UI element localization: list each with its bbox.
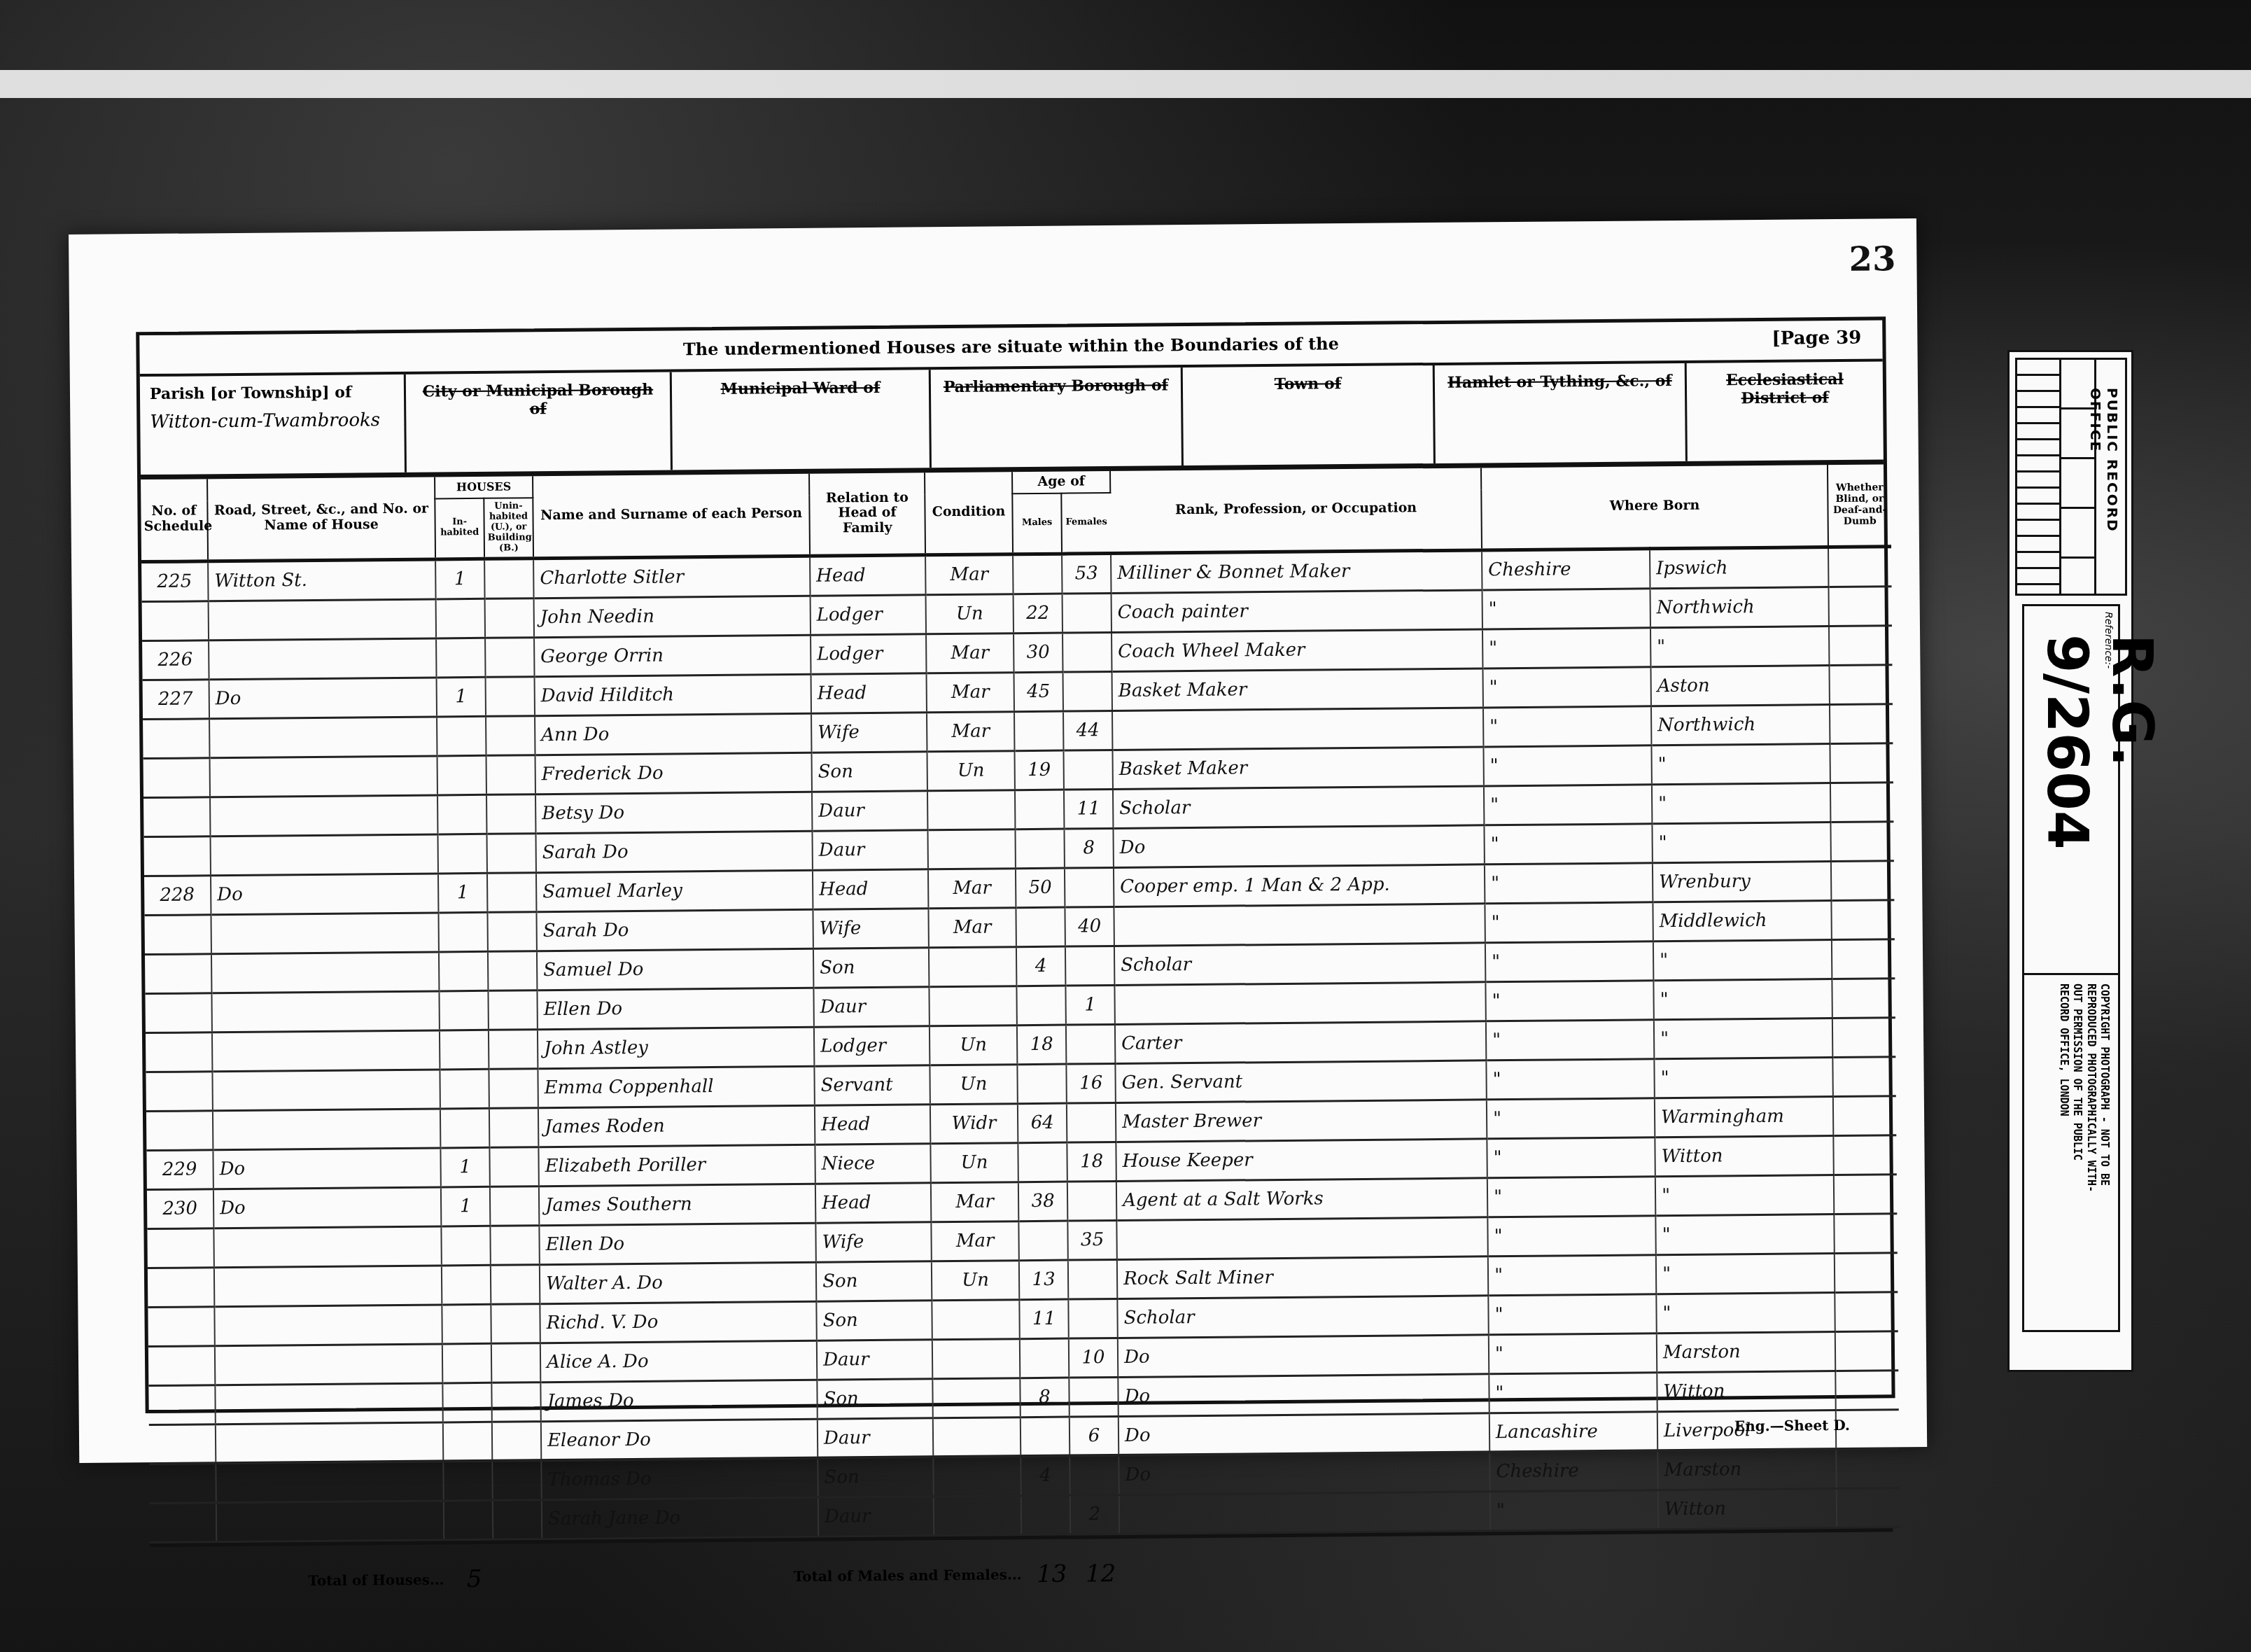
- male-age: 64: [1018, 1103, 1067, 1143]
- birth-place: ": [1655, 1175, 1834, 1215]
- male-age: 30: [1014, 633, 1063, 673]
- birth-county: ": [1485, 980, 1653, 1021]
- inhabited-count: [437, 716, 486, 756]
- schedule-number: [148, 1267, 214, 1307]
- relation: Daur: [812, 829, 927, 869]
- inhabited-count: [444, 1500, 493, 1540]
- inhabited-count: [437, 794, 486, 834]
- birth-county: ": [1487, 1137, 1655, 1177]
- condition: Mar: [926, 633, 1014, 673]
- occupation: Do: [1118, 1334, 1489, 1377]
- inhabited-count: [440, 1030, 489, 1070]
- road-name: [212, 1069, 440, 1110]
- boundary-parliamentary: Parliamentary Borough of: [931, 367, 1184, 468]
- male-age: [1016, 907, 1065, 947]
- birth-place: Middlewich: [1653, 900, 1831, 941]
- uninhabited-count: [493, 1499, 542, 1539]
- total-females-value: 12: [1077, 1559, 1125, 1588]
- uninhabited-count: [486, 715, 535, 755]
- person-name: Ann Do: [535, 713, 811, 755]
- birth-place: Marston: [1657, 1449, 1836, 1490]
- occupation: [1112, 707, 1483, 750]
- birth-county: Lancashire: [1489, 1411, 1657, 1452]
- female-age: [1065, 867, 1114, 907]
- film-edge: [0, 70, 2251, 98]
- birth-county: ": [1482, 666, 1650, 707]
- road-name: [210, 794, 437, 836]
- birth-county: ": [1484, 784, 1652, 825]
- male-age: 22: [1014, 594, 1063, 633]
- birth-place: Northwich: [1651, 704, 1830, 745]
- female-age: [1069, 1377, 1119, 1417]
- header-condition: Condition: [925, 472, 1013, 554]
- uninhabited-count: [491, 1382, 540, 1422]
- birth-county: ": [1489, 1333, 1657, 1373]
- schedule-number: [148, 1385, 215, 1424]
- schedule-number: [150, 1502, 216, 1542]
- person-name: Samuel Marley: [536, 870, 813, 911]
- relation: Head: [810, 554, 925, 595]
- female-age: [1067, 1102, 1116, 1142]
- relation: Head: [815, 1104, 930, 1144]
- blind-deaf: [1831, 899, 1894, 939]
- person-name: Thomas Do: [541, 1458, 818, 1499]
- schedule-number: [146, 1032, 212, 1072]
- inhabited-count: [437, 755, 486, 795]
- female-age: [1063, 671, 1113, 711]
- person-name: Frederick Do: [535, 752, 812, 794]
- relation: Servant: [814, 1065, 930, 1105]
- blind-deaf: [1830, 782, 1893, 822]
- schedule-number: [147, 1228, 213, 1268]
- schedule-number: [146, 1110, 213, 1150]
- inhabited-count: [442, 1265, 491, 1305]
- boundaries-row: Parish [or Township] of Witton-cum-Twamb…: [140, 361, 1884, 479]
- relation: Daur: [818, 1417, 933, 1457]
- blind-deaf: [1830, 821, 1893, 861]
- person-name: Sarah Jane Do: [542, 1497, 818, 1539]
- header-occupation: Rank, Profession, or Occupation: [1110, 468, 1482, 553]
- inhabited-count: [436, 638, 485, 678]
- condition: [934, 1495, 1021, 1535]
- female-age: 8: [1064, 828, 1114, 868]
- condition: Mar: [927, 672, 1014, 712]
- birth-county: ": [1483, 706, 1651, 746]
- schedule-number: [142, 601, 209, 640]
- occupation: Do: [1118, 1373, 1489, 1416]
- relation: Daur: [813, 986, 929, 1026]
- birth-place: Aston: [1650, 665, 1829, 706]
- occupation: House Keeper: [1116, 1138, 1487, 1181]
- female-age: 18: [1067, 1142, 1116, 1182]
- male-age: [1016, 986, 1065, 1025]
- female-age: [1065, 946, 1115, 986]
- person-name: John Astley: [538, 1027, 814, 1068]
- male-age: 50: [1016, 868, 1065, 908]
- male-age: 4: [1016, 946, 1065, 986]
- total-persons-label: Total of Males and Females...: [499, 1566, 1028, 1588]
- condition: Widr: [930, 1103, 1018, 1143]
- relation: Daur: [818, 1496, 934, 1536]
- road-name: [210, 755, 437, 797]
- birth-county: ": [1484, 823, 1652, 864]
- birth-place: ": [1655, 1214, 1834, 1254]
- boundary-parish: Parish [or Township] of Witton-cum-Twamb…: [140, 374, 407, 475]
- road-name: [216, 1422, 443, 1463]
- condition: Mar: [928, 868, 1016, 908]
- blind-deaf: [1833, 1095, 1896, 1135]
- uninhabited-count: [490, 1225, 539, 1265]
- schedule-number: [149, 1463, 216, 1503]
- relation: Lodger: [814, 1025, 930, 1065]
- male-age: 18: [1017, 1025, 1066, 1065]
- occupation: Gen. Servant: [1115, 1060, 1486, 1102]
- person-name: James Southern: [539, 1184, 815, 1225]
- road-name: Do: [213, 1186, 441, 1228]
- birth-county: ": [1487, 1176, 1655, 1217]
- uninhabited-count: [488, 990, 537, 1030]
- occupation: Milliner & Bonnet Maker: [1111, 549, 1482, 593]
- blind-deaf: [1835, 1252, 1898, 1292]
- birth-place: ": [1651, 743, 1830, 784]
- birth-county: ": [1482, 588, 1650, 629]
- female-age: 11: [1064, 789, 1114, 829]
- birth-county: ": [1485, 862, 1653, 903]
- birth-place: ": [1652, 822, 1830, 862]
- male-age: [1018, 1142, 1067, 1182]
- female-age: [1063, 750, 1113, 790]
- occupation: Do: [1119, 1452, 1489, 1494]
- birth-county: ": [1488, 1294, 1656, 1334]
- blind-deaf: [1830, 743, 1893, 783]
- blind-deaf: [1832, 978, 1895, 1018]
- inhabited-count: [442, 1343, 491, 1383]
- birth-place: ": [1656, 1292, 1835, 1333]
- total-houses-label: Total of Houses...: [150, 1571, 450, 1590]
- header-blind: Whether Blind, or Deaf-and-Dumb: [1828, 464, 1891, 547]
- birth-county: ": [1486, 1058, 1654, 1099]
- relation: Lodger: [811, 633, 926, 673]
- relation: Wife: [811, 712, 927, 752]
- inhabited-count: [439, 951, 488, 991]
- female-age: [1068, 1298, 1118, 1338]
- uninhabited-count: [486, 794, 535, 834]
- road-name: [209, 716, 437, 757]
- road-name: [209, 638, 436, 679]
- road-name: Do: [213, 1147, 440, 1189]
- boundary-ward: Municipal Ward of: [672, 370, 932, 470]
- occupation: Agent at a Salt Works: [1116, 1177, 1487, 1220]
- male-age: 38: [1018, 1182, 1067, 1221]
- inhabited-count: [438, 912, 487, 952]
- occupation: Do: [1119, 1413, 1489, 1455]
- uninhabited-count: [492, 1460, 541, 1500]
- birth-place: Witton: [1658, 1488, 1837, 1529]
- relation: Son: [817, 1378, 932, 1418]
- uninhabited-count: [490, 1186, 539, 1226]
- occupation: [1116, 1217, 1487, 1259]
- boundary-label: Municipal Ward of: [682, 378, 919, 398]
- birth-place: ": [1653, 979, 1832, 1019]
- road-name: [209, 598, 436, 640]
- occupation: Cooper emp. 1 Man & 2 App.: [1114, 864, 1485, 906]
- road-name: [215, 1382, 442, 1424]
- male-age: 4: [1021, 1456, 1070, 1496]
- condition: [927, 790, 1015, 829]
- uninhabited-count: [489, 1029, 538, 1069]
- reference-box: Reference:- R.G. 9/2604: [2022, 604, 2120, 975]
- blind-deaf: [1834, 1213, 1897, 1253]
- uninhabited-count: [491, 1303, 540, 1343]
- header-name: Name and Surname of each Person: [533, 474, 810, 558]
- occupation: Basket Maker: [1112, 668, 1483, 710]
- birth-place: Witton: [1655, 1135, 1833, 1176]
- male-age: 8: [1020, 1378, 1069, 1417]
- schedule-number: [149, 1424, 216, 1464]
- uninhabited-count: [486, 755, 535, 794]
- condition: [933, 1417, 1021, 1457]
- relation: Lodger: [811, 594, 926, 634]
- inhabited-count: 1: [438, 873, 487, 913]
- male-age: [1017, 1064, 1066, 1104]
- birth-place: ": [1653, 939, 1832, 980]
- relation: Son: [811, 751, 927, 791]
- uninhabited-count: [491, 1343, 540, 1382]
- person-name: John Needin: [534, 596, 811, 637]
- road-name: [211, 912, 438, 953]
- person-name: Sarah Do: [535, 831, 812, 872]
- condition: Mar: [928, 907, 1016, 947]
- person-name: James Do: [540, 1380, 817, 1421]
- condition: Un: [927, 750, 1014, 790]
- person-name: Alice A. Do: [540, 1340, 817, 1382]
- condition: [929, 946, 1016, 986]
- road-name: [212, 1030, 440, 1071]
- inhabited-count: 1: [440, 1147, 489, 1187]
- schedule-number: [143, 718, 209, 758]
- person-name: George Orrin: [534, 635, 811, 676]
- birth-county: ": [1487, 1215, 1655, 1256]
- inhabited-count: [442, 1304, 491, 1344]
- road-name: [215, 1343, 442, 1385]
- male-age: [1015, 790, 1064, 829]
- person-name: Betsy Do: [535, 792, 812, 833]
- birth-county: ": [1486, 1019, 1654, 1060]
- male-age: [1018, 1221, 1067, 1261]
- ruler-label: PUBLIC RECORD OFFICE: [2087, 388, 2121, 594]
- header-females: Females: [1061, 493, 1111, 554]
- boundary-town: Town of: [1183, 365, 1436, 465]
- uninhabited-count: [486, 833, 535, 873]
- occupation: [1114, 981, 1485, 1024]
- folio-number: 23: [1849, 239, 1895, 279]
- person-name: Samuel Do: [537, 948, 813, 990]
- female-age: 16: [1066, 1063, 1116, 1103]
- male-age: [1013, 554, 1062, 594]
- inhabited-count: [442, 1382, 491, 1422]
- birth-place: Warmingham: [1655, 1096, 1833, 1137]
- header-age: Age of: [1012, 471, 1110, 493]
- total-males-value: 13: [1028, 1560, 1077, 1588]
- blind-deaf: [1835, 1331, 1898, 1371]
- boundary-label: Parish [or Township] of: [150, 383, 394, 403]
- female-age: 10: [1069, 1338, 1119, 1378]
- schedule-number: 229: [146, 1149, 213, 1189]
- blind-deaf: [1829, 664, 1892, 704]
- occupation: Basket Maker: [1112, 746, 1483, 789]
- blind-deaf: [1829, 625, 1892, 665]
- schedule-number: 228: [144, 875, 211, 915]
- copyright-box: COPYRIGHT PHOTOGRAPH - NOT TO BE REPRODU…: [2022, 975, 2120, 1332]
- blind-deaf: [1835, 1291, 1898, 1331]
- relation: Son: [816, 1300, 932, 1340]
- header-males: Males: [1012, 493, 1062, 554]
- person-name: Richd. V. Do: [540, 1301, 816, 1343]
- census-sheet: The undermentioned Houses are situate wi…: [136, 316, 1895, 1413]
- schedule-number: [148, 1306, 214, 1346]
- blind-deaf: [1834, 1174, 1897, 1214]
- person-name: Charlotte Sitler: [533, 556, 810, 598]
- relation: Son: [813, 947, 929, 987]
- boundary-label: Ecclesiastical District of: [1697, 370, 1873, 408]
- occupation: Coach Wheel Maker: [1112, 629, 1482, 671]
- schedule-number: 230: [147, 1189, 213, 1228]
- birth-place: ": [1650, 626, 1829, 666]
- male-age: [1020, 1338, 1069, 1378]
- female-age: 35: [1067, 1220, 1117, 1260]
- page-label: [Page 39: [1772, 328, 1861, 349]
- census-body: 225Witton St.1Charlotte SitlerHeadMar53M…: [141, 546, 1900, 1542]
- blind-deaf: [1835, 1370, 1898, 1410]
- uninhabited-count: [492, 1421, 541, 1461]
- birth-county: ": [1487, 1098, 1655, 1138]
- schedule-number: [143, 797, 210, 836]
- road-name: [214, 1304, 442, 1345]
- blind-deaf: [1832, 1056, 1895, 1096]
- male-age: [1014, 711, 1063, 751]
- birth-place: ": [1654, 1057, 1832, 1098]
- uninhabited-count: [487, 911, 536, 951]
- person-name: David Hilditch: [535, 674, 811, 715]
- header-relation: Relation to Head of Family: [809, 472, 925, 555]
- birth-county: Cheshire: [1489, 1450, 1657, 1491]
- reference-strip: PUBLIC RECORD OFFICE Reference:- R.G. 9/…: [2007, 350, 2133, 1372]
- birth-county: ": [1483, 745, 1651, 785]
- uninhabited-count: [488, 951, 537, 990]
- female-age: 2: [1070, 1494, 1120, 1534]
- occupation: Do: [1113, 825, 1484, 867]
- birth-place: ": [1652, 783, 1830, 823]
- blind-deaf: [1831, 860, 1894, 900]
- relation: Wife: [813, 908, 928, 948]
- female-age: 6: [1070, 1416, 1119, 1456]
- female-age: [1063, 632, 1112, 672]
- birth-place: ": [1656, 1253, 1835, 1294]
- female-age: [1063, 593, 1112, 633]
- census-table: No. of Schedule Road, Street, &c., and N…: [141, 464, 1900, 1543]
- male-age: 19: [1014, 750, 1063, 790]
- copyright-notice: COPYRIGHT PHOTOGRAPH - NOT TO BE REPRODU…: [2056, 983, 2111, 1192]
- female-age: [1067, 1181, 1117, 1221]
- birth-place: Witton: [1657, 1371, 1835, 1411]
- relation: Niece: [815, 1143, 930, 1183]
- occupation: [1114, 903, 1485, 946]
- birth-place: Marston: [1657, 1331, 1835, 1372]
- birth-place: Northwich: [1650, 587, 1829, 627]
- female-age: [1068, 1259, 1118, 1299]
- female-age: 1: [1065, 985, 1115, 1025]
- schedule-number: 226: [142, 640, 209, 680]
- birth-county: Cheshire: [1482, 548, 1650, 589]
- person-name: Emma Coppenhall: [538, 1066, 814, 1107]
- inhabited-count: [441, 1226, 490, 1266]
- female-age: 53: [1062, 553, 1112, 594]
- person-name: Walter A. Do: [540, 1262, 816, 1303]
- inhabited-count: [436, 598, 485, 638]
- header-uninhabited: Unin-habited (U.), or Building (B.): [484, 498, 533, 559]
- uninhabited-count: [484, 558, 533, 598]
- road-name: Do: [209, 677, 437, 718]
- male-age: 13: [1019, 1260, 1068, 1300]
- female-age: 40: [1065, 906, 1114, 946]
- birth-county: ": [1488, 1254, 1656, 1295]
- boundary-value: Witton-cum-Twambrooks: [150, 409, 394, 433]
- banner-title: The undermentioned Houses are situate wi…: [139, 328, 1882, 364]
- uninhabited-count: [489, 1068, 538, 1108]
- uninhabited-count: [485, 637, 534, 677]
- relation: Son: [818, 1457, 933, 1497]
- inhabited-count: [443, 1461, 492, 1501]
- uninhabited-count: [485, 598, 534, 638]
- male-age: [1015, 829, 1064, 869]
- blind-deaf: [1833, 1135, 1896, 1175]
- boundary-label: Town of: [1193, 374, 1423, 394]
- schedule-number: [145, 953, 211, 993]
- blind-deaf: [1837, 1487, 1900, 1527]
- ruler-inch-ticks: [2017, 360, 2061, 594]
- inhabited-count: [437, 834, 486, 874]
- inhabited-count: [443, 1422, 492, 1462]
- birth-county: ": [1482, 627, 1650, 668]
- schedule-number: 227: [143, 679, 209, 719]
- birth-place: Ipswich: [1650, 547, 1829, 588]
- birth-county: ": [1490, 1490, 1658, 1530]
- condition: Un: [930, 1064, 1017, 1104]
- condition: [932, 1299, 1019, 1339]
- road-name: [211, 834, 438, 875]
- uninhabited-count: [491, 1264, 540, 1304]
- blind-deaf: [1828, 546, 1891, 587]
- schedule-number: [148, 1345, 215, 1385]
- condition: [933, 1456, 1021, 1496]
- header-schedule: No. of Schedule: [141, 479, 208, 561]
- occupation: Scholar: [1114, 942, 1485, 985]
- schedule-number: [144, 836, 211, 876]
- schedule-number: [143, 757, 210, 797]
- relation: Wife: [815, 1221, 931, 1261]
- totals-row: Total of Houses... 5 Total of Males and …: [150, 1528, 1893, 1617]
- header-where-born: Where Born: [1481, 465, 1828, 549]
- sheet-footer: Eng.—Sheet D.: [1734, 1417, 1850, 1434]
- inhabited-count: 1: [441, 1186, 490, 1226]
- occupation: Scholar: [1117, 1295, 1488, 1338]
- header-houses: HOUSES: [435, 476, 533, 498]
- person-name: Eleanor Do: [541, 1419, 818, 1460]
- person-name: Sarah Do: [536, 909, 813, 951]
- boundary-hamlet: Hamlet or Tything, &c., of: [1435, 363, 1688, 463]
- census-page: 23 The undermentioned Houses are situate…: [69, 218, 1927, 1463]
- inhabited-count: [440, 1108, 489, 1148]
